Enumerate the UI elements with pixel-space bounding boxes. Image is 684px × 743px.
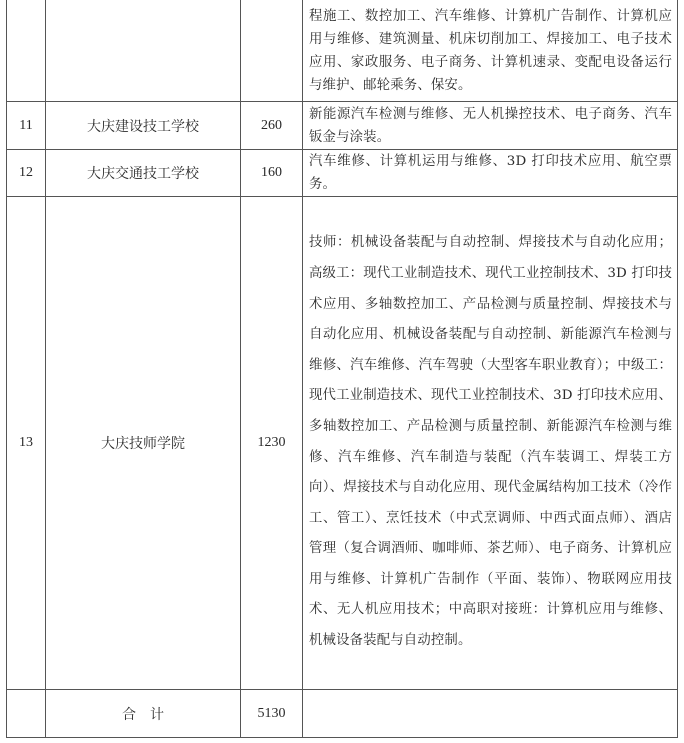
enrollment-count (241, 0, 303, 102)
school-name (46, 0, 241, 102)
enrollment-table: 程施工、数控加工、汽车维修、计算机广告制作、计算机应用与维修、建筑测量、机床切削… (6, 0, 678, 738)
majors-list: 技师：机械设备装配与自动控制、焊接技术与自动化应用；高级工：现代工业制造技术、现… (303, 197, 678, 690)
table-row: 11 大庆建设技工学校 260 新能源汽车检测与维修、无人机操控技术、电子商务、… (7, 102, 678, 150)
table-row: 程施工、数控加工、汽车维修、计算机广告制作、计算机应用与维修、建筑测量、机床切削… (7, 0, 678, 102)
row-number: 13 (7, 197, 46, 690)
enrollment-count: 260 (241, 102, 303, 150)
enrollment-count: 160 (241, 150, 303, 197)
table-row: 13 大庆技师学院 1230 技师：机械设备装配与自动控制、焊接技术与自动化应用… (7, 197, 678, 690)
school-name: 大庆建设技工学校 (46, 102, 241, 150)
table-row: 12 大庆交通技工学校 160 汽车维修、计算机运用与维修、3D 打印技术应用、… (7, 150, 678, 197)
majors-list: 新能源汽车检测与维修、无人机操控技术、电子商务、汽车钣金与涂装。 (303, 102, 678, 150)
row-number: 11 (7, 102, 46, 150)
row-number (7, 690, 46, 738)
school-name: 大庆技师学院 (46, 197, 241, 690)
total-count: 5130 (241, 690, 303, 738)
majors-list: 程施工、数控加工、汽车维修、计算机广告制作、计算机应用与维修、建筑测量、机床切削… (303, 0, 678, 102)
row-number (7, 0, 46, 102)
majors-list (303, 690, 678, 738)
total-row: 合计 5130 (7, 690, 678, 738)
majors-list: 汽车维修、计算机运用与维修、3D 打印技术应用、航空票务。 (303, 150, 678, 197)
enrollment-count: 1230 (241, 197, 303, 690)
row-number: 12 (7, 150, 46, 197)
school-name: 大庆交通技工学校 (46, 150, 241, 197)
total-label: 合计 (46, 690, 241, 738)
